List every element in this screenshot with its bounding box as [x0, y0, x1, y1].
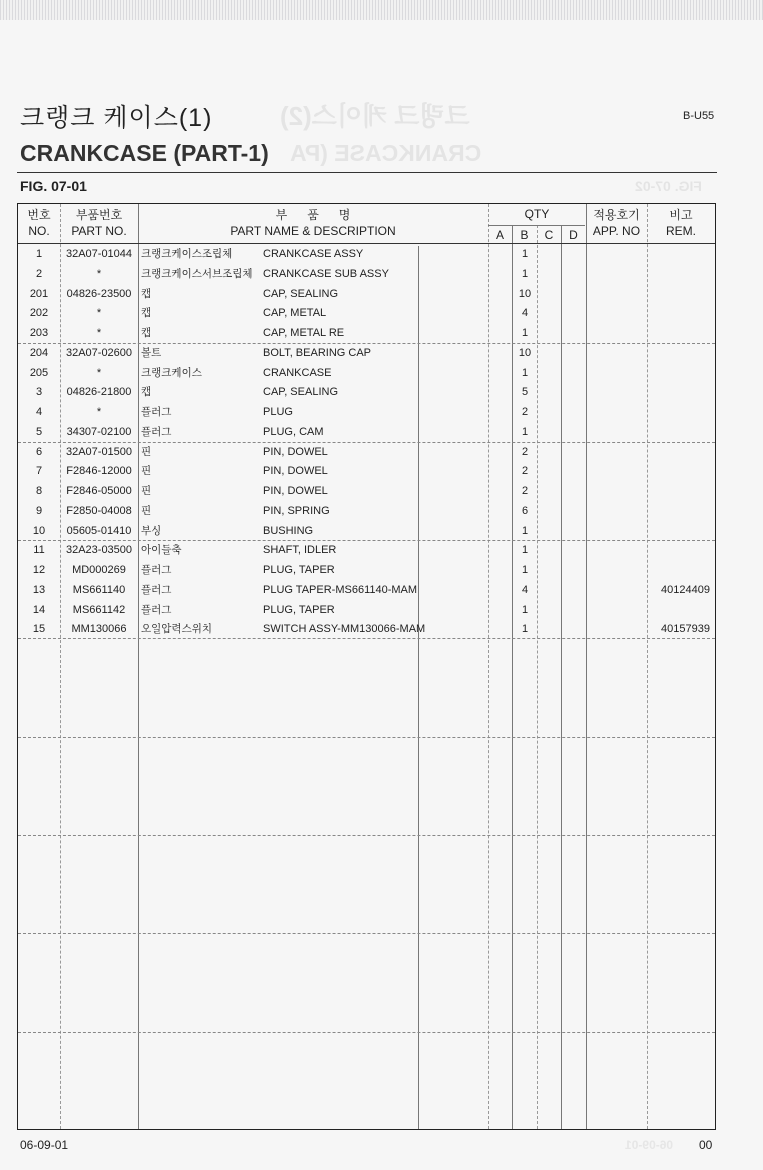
group-rule: [18, 835, 715, 836]
part-name-korean: 플러그: [141, 405, 171, 419]
item-number: 8: [18, 484, 60, 498]
part-name-english: CAP, METAL RE: [263, 326, 344, 340]
revision-date: 06-09-01: [20, 1138, 68, 1152]
col-header-part-ko: 부품번호: [60, 207, 138, 223]
part-number: 05605-01410: [60, 524, 138, 538]
group-rule: [18, 540, 715, 541]
col-header-name: 부 품 명 PART NAME & DESCRIPTION: [138, 207, 488, 239]
quantity-b: 5: [513, 385, 537, 399]
item-number: 201: [18, 287, 60, 301]
part-name-english: BUSHING: [263, 524, 313, 538]
item-number: 14: [18, 603, 60, 617]
part-number: *: [60, 326, 138, 340]
col-header-app-en: APP. NO: [586, 223, 647, 239]
remarks: 40124409: [644, 583, 710, 597]
part-number: MM130066: [60, 622, 138, 636]
part-name-english: BOLT, BEARING CAP: [263, 346, 371, 360]
part-name-korean: 캡: [141, 306, 151, 320]
part-number: 32A07-01500: [60, 445, 138, 459]
col-header-name-ko: 부 품 명: [138, 207, 488, 223]
part-name-korean: 캡: [141, 385, 151, 399]
part-name-korean: 크랭크케이스: [141, 366, 202, 380]
item-number: 202: [18, 306, 60, 320]
group-rule: [18, 442, 715, 443]
part-name-english: SWITCH ASSY-MM130066-MAM: [263, 622, 425, 636]
qty-subheader-rule: [488, 225, 585, 226]
part-name-korean: 핀: [141, 464, 151, 478]
part-name-korean: 캡: [141, 287, 151, 301]
item-number: 1: [18, 247, 60, 261]
part-name-korean: 크랭크케이스서브조립체: [141, 267, 253, 281]
parts-table: 번호 NO. 부품번호 PART NO. 부 품 명 PART NAME & D…: [17, 203, 716, 1130]
quantity-b: 4: [513, 583, 537, 597]
quantity-b: 1: [513, 622, 537, 636]
model-code: B-U55: [683, 110, 714, 122]
part-name-korean: 플러그: [141, 563, 171, 577]
page-number: 00: [699, 1138, 712, 1152]
group-rule: [18, 638, 715, 639]
group-rule: [18, 1032, 715, 1033]
item-number: 204: [18, 346, 60, 360]
part-name-english: CAP, SEALING: [263, 385, 338, 399]
item-number: 9: [18, 504, 60, 518]
item-number: 13: [18, 583, 60, 597]
part-name-english: PLUG, TAPER: [263, 563, 335, 577]
part-name-korean: 핀: [141, 445, 151, 459]
group-rule: [18, 737, 715, 738]
col-header-part-en: PART NO.: [60, 223, 138, 239]
item-number: 205: [18, 366, 60, 380]
part-name-korean: 핀: [141, 484, 151, 498]
part-name-english: SHAFT, IDLER: [263, 543, 336, 557]
col-divider: [512, 225, 513, 1129]
part-name-english: CRANKCASE ASSY: [263, 247, 363, 261]
quantity-b: 1: [513, 543, 537, 557]
item-number: 5: [18, 425, 60, 439]
part-name-english: PLUG: [263, 405, 293, 419]
part-name-korean: 부싱: [141, 524, 161, 538]
bleed-through-date: 06-09-01: [625, 1138, 673, 1152]
part-name-korean: 플러그: [141, 583, 171, 597]
quantity-b: 4: [513, 306, 537, 320]
part-number: 32A07-02600: [60, 346, 138, 360]
quantity-b: 6: [513, 504, 537, 518]
col-header-remarks: 비고 REM.: [647, 207, 715, 239]
page-title-korean: 크랭크 케이스(1): [20, 98, 212, 134]
part-name-english: PIN, DOWEL: [263, 445, 328, 459]
part-number: *: [60, 405, 138, 419]
part-number: 32A23-03500: [60, 543, 138, 557]
page-title-english: CRANKCASE (PART-1): [20, 140, 269, 167]
part-number: 32A07-01044: [60, 247, 138, 261]
bleed-through-fig: FIG. 07-02: [635, 178, 702, 194]
part-number: *: [60, 267, 138, 281]
quantity-b: 1: [513, 563, 537, 577]
col-header-no-en: NO.: [18, 223, 60, 239]
part-name-korean: 오일압력스위치: [141, 622, 212, 636]
part-number: MD000269: [60, 563, 138, 577]
part-number: F2850-04008: [60, 504, 138, 518]
part-number: F2846-05000: [60, 484, 138, 498]
quantity-b: 10: [513, 346, 537, 360]
col-header-rem-ko: 비고: [647, 207, 715, 223]
quantity-b: 1: [513, 366, 537, 380]
col-divider: [561, 225, 562, 1129]
part-name-korean: 핀: [141, 504, 151, 518]
figure-number: FIG. 07-01: [20, 178, 87, 194]
item-number: 203: [18, 326, 60, 340]
quantity-b: 2: [513, 464, 537, 478]
part-name-english: CAP, SEALING: [263, 287, 338, 301]
col-header-qty-d: D: [561, 227, 586, 243]
col-header-qty-b: B: [512, 227, 537, 243]
col-header-qty-a: A: [488, 227, 512, 243]
part-name-english: PIN, SPRING: [263, 504, 330, 518]
part-number: MS661142: [60, 603, 138, 617]
col-divider: [537, 225, 538, 1129]
group-rule: [18, 343, 715, 344]
item-number: 6: [18, 445, 60, 459]
remarks: 40157939: [644, 622, 710, 636]
quantity-b: 1: [513, 524, 537, 538]
part-name-english: CRANKCASE: [263, 366, 331, 380]
item-number: 2: [18, 267, 60, 281]
part-name-korean: 플러그: [141, 603, 171, 617]
quantity-b: 2: [513, 405, 537, 419]
scan-artifact: [0, 0, 763, 20]
header-rule: [18, 243, 715, 244]
item-number: 3: [18, 385, 60, 399]
quantity-b: 2: [513, 445, 537, 459]
item-number: 10: [18, 524, 60, 538]
item-number: 4: [18, 405, 60, 419]
col-header-rem-en: REM.: [647, 223, 715, 239]
col-header-qty-c: C: [537, 227, 561, 243]
part-name-korean: 캡: [141, 326, 151, 340]
col-header-no-ko: 번호: [18, 207, 60, 223]
part-name-english: PIN, DOWEL: [263, 484, 328, 498]
part-name-english: PLUG, TAPER: [263, 603, 335, 617]
item-number: 15: [18, 622, 60, 636]
part-number: 04826-23500: [60, 287, 138, 301]
col-header-part-no: 부품번호 PART NO.: [60, 207, 138, 239]
quantity-b: 2: [513, 484, 537, 498]
bleed-through-title: 크랭크 케이스(2): [280, 96, 470, 133]
part-name-english: PLUG, CAM: [263, 425, 324, 439]
quantity-b: 1: [513, 326, 537, 340]
part-number: *: [60, 306, 138, 320]
part-name-korean: 아이들축: [141, 543, 182, 557]
col-header-qty: QTY: [488, 206, 586, 222]
quantity-b: 1: [513, 425, 537, 439]
part-name-english: CRANKCASE SUB ASSY: [263, 267, 389, 281]
group-rule: [18, 933, 715, 934]
col-header-no: 번호 NO.: [18, 207, 60, 239]
part-name-english: PIN, DOWEL: [263, 464, 328, 478]
item-number: 12: [18, 563, 60, 577]
part-number: 04826-21800: [60, 385, 138, 399]
quantity-b: 1: [513, 247, 537, 261]
part-number: 34307-02100: [60, 425, 138, 439]
item-number: 11: [18, 543, 60, 557]
item-number: 7: [18, 464, 60, 478]
part-number: MS661140: [60, 583, 138, 597]
col-header-app-no: 적용호기 APP. NO: [586, 207, 647, 239]
part-name-english: CAP, METAL: [263, 306, 326, 320]
part-number: *: [60, 366, 138, 380]
col-header-app-ko: 적용호기: [586, 207, 647, 223]
col-header-name-en: PART NAME & DESCRIPTION: [138, 223, 488, 239]
quantity-b: 1: [513, 267, 537, 281]
title-divider: [17, 172, 717, 173]
part-name-korean: 볼트: [141, 346, 161, 360]
part-name-english: PLUG TAPER-MS661140-MAM: [263, 583, 417, 597]
part-number: F2846-12000: [60, 464, 138, 478]
quantity-b: 1: [513, 603, 537, 617]
bleed-through-title-en: CRANKCASE (PA: [290, 140, 481, 167]
quantity-b: 10: [513, 287, 537, 301]
col-divider: [418, 246, 419, 1129]
part-name-korean: 크랭크케이스조립체: [141, 247, 232, 261]
part-name-korean: 플러그: [141, 425, 171, 439]
